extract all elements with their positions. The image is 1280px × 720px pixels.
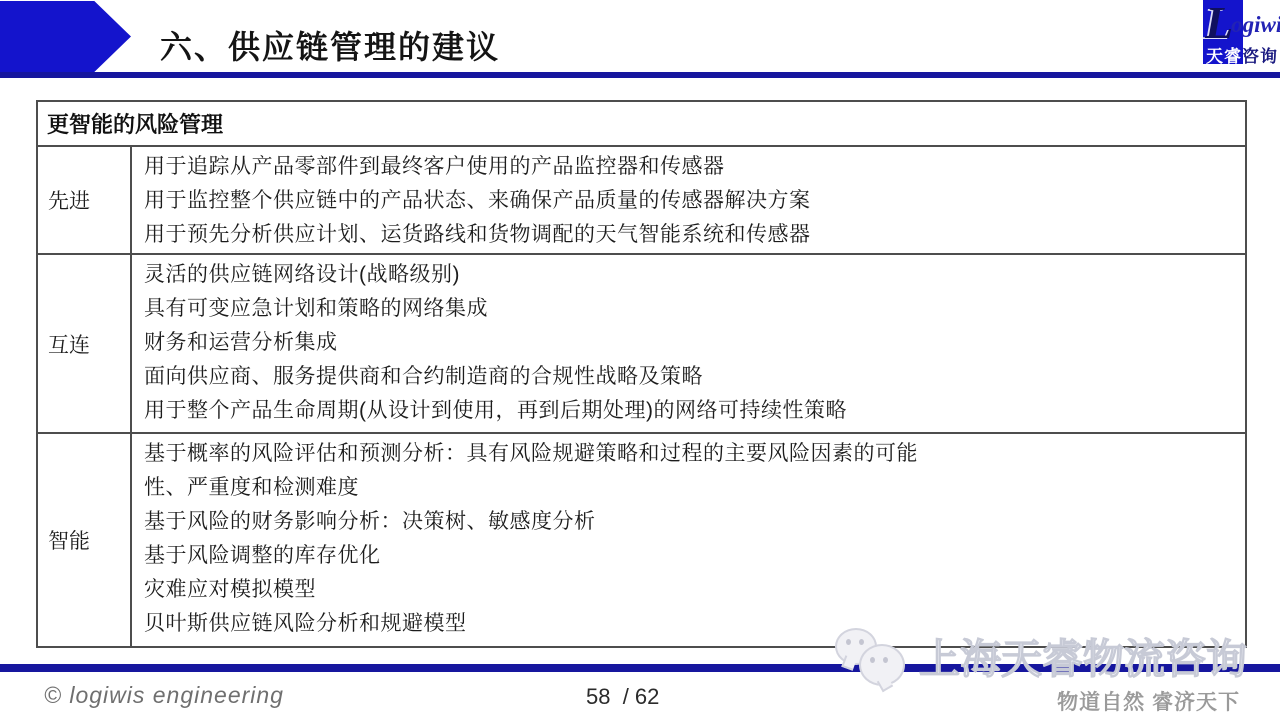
row-label: 先进	[38, 147, 132, 253]
logo-subtitle-right: 咨询	[1242, 47, 1278, 66]
content-line: 用于预先分析供应计划、运货路线和货物调配的天气智能系统和传感器	[144, 218, 1237, 252]
row-label: 智能	[38, 434, 132, 646]
content-line: 灾难应对模拟模型	[144, 573, 1237, 607]
footer-divider-line	[0, 664, 1280, 672]
row-content: 灵活的供应链网络设计(战略级别)具有可变应急计划和策略的网络集成财务和运营分析集…	[132, 255, 1245, 432]
slide: 六、供应链管理的建议 Logiwis 天睿咨询 更智能的风险管理 先进用于追踪从…	[0, 0, 1280, 720]
footer-copyright: © logiwis engineering	[44, 682, 284, 709]
logo-subtitle-left: 天睿	[1206, 47, 1242, 66]
content-line: 用于监控整个供应链中的产品状态、来确保产品质量的传感器解决方案	[144, 184, 1237, 218]
wechat-icon-eye	[883, 657, 888, 663]
table-title: 更智能的风险管理	[38, 102, 1245, 147]
content-line: 灵活的供应链网络设计(战略级别)	[144, 258, 1237, 292]
row-content: 用于追踪从产品零部件到最终客户使用的产品监控器和传感器用于监控整个供应链中的产品…	[132, 147, 1245, 253]
content-line: 用于整个产品生命周期(从设计到使用，再到后期处理)的网络可持续性策略	[144, 394, 1237, 428]
content-line: 面向供应商、服务提供商和合约制造商的合规性战略及策略	[144, 360, 1237, 394]
row-content: 基于概率的风险评估和预测分析：具有风险规避策略和过程的主要风险因素的可能性、严重…	[132, 434, 1245, 646]
risk-table-rows: 先进用于追踪从产品零部件到最终客户使用的产品监控器和传感器用于监控整个供应链中的…	[38, 147, 1245, 646]
footer-slogan: 物道自然 睿济天下	[1057, 686, 1240, 716]
content-line: 基于风险调整的库存优化	[144, 539, 1237, 573]
logo-subtitle: 天睿咨询	[1206, 42, 1278, 67]
page-number: 58 / 62	[586, 684, 659, 710]
content-line: 性、严重度和检测难度	[144, 471, 1237, 505]
page-title: 六、供应链管理的建议	[160, 22, 500, 68]
logo-brand-rest: ogiwis	[1231, 12, 1280, 37]
logo-initial-letter: L	[1205, 0, 1231, 48]
wechat-icon-eye	[870, 657, 875, 663]
risk-management-table: 更智能的风险管理 先进用于追踪从产品零部件到最终客户使用的产品监控器和传感器用于…	[36, 100, 1247, 648]
content-line: 贝叶斯供应链风险分析和规避模型	[144, 607, 1237, 641]
wechat-icon-tail	[877, 676, 893, 692]
content-line: 具有可变应急计划和策略的网络集成	[144, 292, 1237, 326]
content-line: 财务和运营分析集成	[144, 326, 1237, 360]
header-arrow-shape	[0, 1, 131, 72]
table-row: 先进用于追踪从产品零部件到最终客户使用的产品监控器和传感器用于监控整个供应链中的…	[38, 147, 1245, 255]
header-divider-line	[0, 72, 1280, 78]
content-line: 基于风险的财务影响分析：决策树、敏感度分析	[144, 505, 1237, 539]
row-label: 互连	[38, 255, 132, 432]
table-row: 互连灵活的供应链网络设计(战略级别)具有可变应急计划和策略的网络集成财务和运营分…	[38, 255, 1245, 434]
logo-brand: Logiwis	[1205, 0, 1280, 48]
content-line: 用于追踪从产品零部件到最终客户使用的产品监控器和传感器	[144, 150, 1237, 184]
table-row: 智能基于概率的风险评估和预测分析：具有风险规避策略和过程的主要风险因素的可能性、…	[38, 434, 1245, 646]
content-line: 基于概率的风险评估和预测分析：具有风险规避策略和过程的主要风险因素的可能	[144, 437, 1237, 471]
